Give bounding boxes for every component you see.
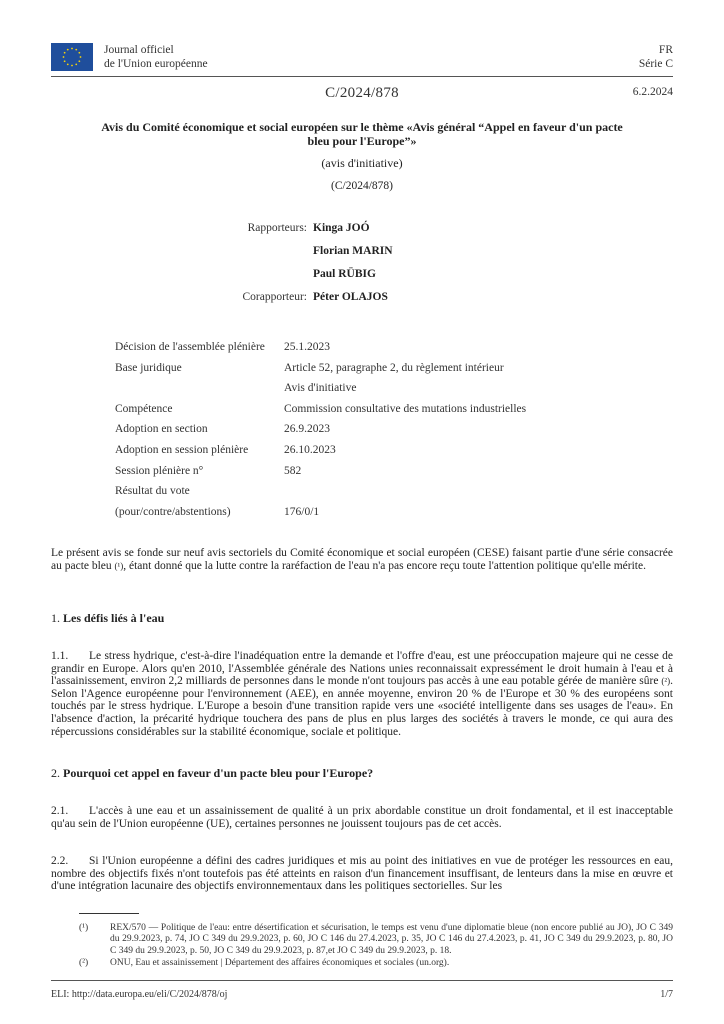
metadata-label: Adoption en session plénière (115, 444, 248, 456)
footnote-ref-1[interactable]: (¹) (115, 561, 124, 571)
series-label: Série C (639, 57, 673, 71)
paragraph-2-2: 2.2.Si l'Union européenne a défini des c… (51, 855, 673, 893)
journal-title-line1: Journal officiel (104, 43, 208, 57)
journal-title: Journal officiel de l'Union européenne (104, 43, 208, 71)
rapporteur-row: Florian MARIN (0, 245, 724, 261)
metadata-row: Résultat du vote (115, 485, 655, 501)
metadata-row: Base juridiqueArticle 52, paragraphe 2, … (115, 362, 655, 378)
document-subtitle: (avis d'initiative) (0, 156, 724, 171)
rapporteur-name: Paul RÜBIG (313, 268, 376, 280)
document-reference: (C/2024/878) (0, 180, 724, 192)
rapporteur-name: Péter OLAJOS (313, 291, 388, 303)
document-number: C/2024/878 (0, 85, 724, 102)
footnote-1: (¹) REX/570 — Politique de l'eau: entre … (79, 923, 673, 957)
journal-title-line2: de l'Union européenne (104, 57, 208, 71)
metadata-row: (pour/contre/abstentions)176/0/1 (115, 506, 655, 522)
metadata-value: 582 (284, 465, 301, 477)
metadata-row: CompétenceCommission consultative des mu… (115, 403, 655, 419)
page-number: 1/7 (660, 989, 673, 1000)
language-code: FR (639, 43, 673, 57)
metadata-label: Compétence (115, 403, 172, 415)
footnote-ref-2[interactable]: (²) (661, 676, 670, 686)
metadata-value: 26.9.2023 (284, 423, 330, 435)
intro-paragraph: Le présent avis se fonde sur neuf avis s… (51, 547, 673, 572)
rapporteur-row: Paul RÜBIG (0, 268, 724, 284)
metadata-label: Base juridique (115, 362, 182, 374)
footnote-2: (²) ONU, Eau et assainissement | Départe… (79, 958, 673, 969)
rapporteur-row: Corapporteur:Péter OLAJOS (0, 291, 724, 307)
language-series: FR Série C (639, 43, 673, 71)
metadata-label: Décision de l'assemblée plénière (115, 341, 265, 353)
rapporteur-row: Rapporteurs:Kinga JOÓ (0, 222, 724, 238)
metadata-label: (pour/contre/abstentions) (115, 506, 231, 518)
metadata-value: 176/0/1 (284, 506, 319, 518)
metadata-value: 26.10.2023 (284, 444, 336, 456)
metadata-label: Résultat du vote (115, 485, 190, 497)
metadata-row: Adoption en section26.9.2023 (115, 423, 655, 439)
metadata-value: Commission consultative des mutations in… (284, 403, 526, 415)
eli-link[interactable]: http://data.europa.eu/eli/C/2024/878/oj (72, 989, 228, 1000)
metadata-label: Adoption en section (115, 423, 208, 435)
eli-reference: ELI: http://data.europa.eu/eli/C/2024/87… (51, 989, 227, 1000)
metadata-value: 25.1.2023 (284, 341, 330, 353)
rapporteur-role: Rapporteurs: (248, 222, 307, 234)
paragraph-1-1: 1.1.Le stress hydrique, c'est-à-dire l'i… (51, 650, 673, 738)
header-divider (51, 76, 673, 77)
document-title: Avis du Comité économique et social euro… (100, 120, 624, 148)
metadata-row: Session plénière n°582 (115, 465, 655, 481)
rapporteur-name: Kinga JOÓ (313, 222, 370, 234)
metadata-row: Décision de l'assemblée plénière25.1.202… (115, 341, 655, 357)
metadata-row: Avis d'initiative (115, 382, 655, 398)
footnote-divider (79, 913, 139, 914)
section-2-heading: 2. Pourquoi cet appel en faveur d'un pac… (51, 766, 373, 781)
publication-date: 6.2.2024 (633, 86, 673, 98)
metadata-label: Session plénière n° (115, 465, 203, 477)
section-1-heading: 1. Les défis liés à l'eau (51, 611, 164, 626)
footer-divider (51, 980, 673, 981)
eu-flag-icon (51, 43, 93, 71)
rapporteur-name: Florian MARIN (313, 245, 393, 257)
metadata-value: Avis d'initiative (284, 382, 356, 394)
metadata-row: Adoption en session plénière26.10.2023 (115, 444, 655, 460)
paragraph-2-1: 2.1.L'accès à une eau et un assainisseme… (51, 805, 673, 830)
rapporteur-role: Corapporteur: (242, 291, 307, 303)
metadata-value: Article 52, paragraphe 2, du règlement i… (284, 362, 504, 374)
